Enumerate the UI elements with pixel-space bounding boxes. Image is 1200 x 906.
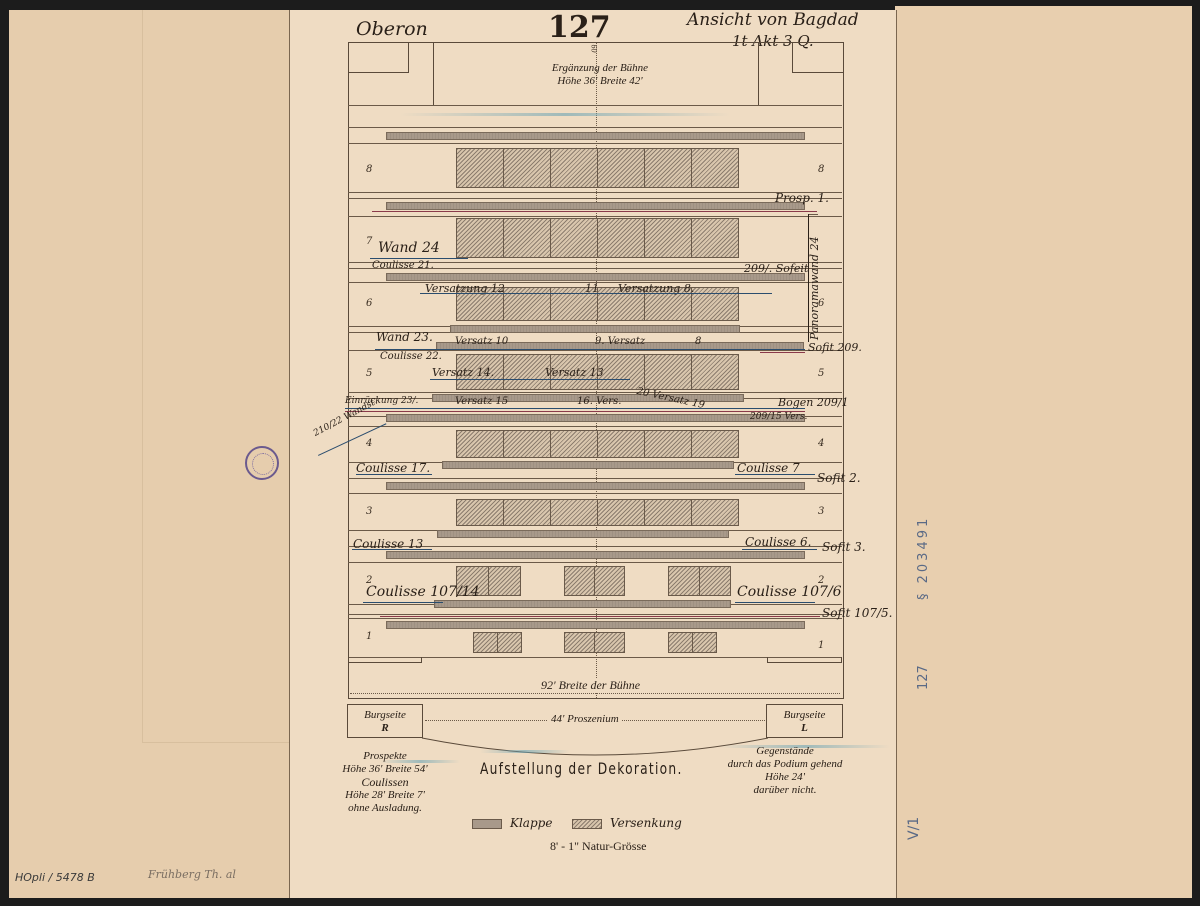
- archive-signature: HOpli / 5478 B: [15, 871, 95, 884]
- grid-line: [348, 392, 842, 393]
- legend-klappe-label: Klappe: [510, 816, 552, 830]
- klappe-bar: [386, 621, 805, 629]
- klappe-bar: [386, 273, 805, 281]
- legend-versenkung-swatch-icon: [572, 819, 602, 829]
- blue-pencil-streak: [480, 750, 570, 753]
- left-panel-ghost-border: [142, 10, 291, 743]
- burgseite-left-label: Burgseite: [348, 709, 422, 722]
- blue-underline: [370, 258, 468, 259]
- blue-underline: [430, 379, 630, 380]
- blue-underline: [420, 293, 772, 294]
- grid-line: [348, 478, 842, 479]
- notes-right-line: Höhe 24': [725, 771, 845, 784]
- klappe-bar: [442, 461, 734, 469]
- extension-label-line2: Höhe 36' Breite 42': [545, 75, 655, 88]
- versenkung-row-7: [456, 218, 739, 258]
- annotation-prospekt: Prosp. 1.: [775, 191, 829, 205]
- blue-underline: [363, 602, 443, 603]
- klappe-bar: [386, 202, 805, 210]
- blue-underline: [352, 549, 432, 550]
- versenkung-row-3: [456, 499, 739, 526]
- grid-line: [348, 216, 842, 217]
- row-number-right: 8: [818, 164, 824, 175]
- blue-underline: [742, 549, 817, 550]
- grid-line: [348, 618, 842, 619]
- klappe-bar: [450, 325, 740, 333]
- annotation-versatz-15: Versatz 15: [455, 396, 508, 407]
- klappe-bar: [386, 414, 805, 422]
- stage-width-label: 92' Breite der Bühne: [538, 679, 643, 692]
- red-underline: [380, 616, 820, 617]
- row-number-left: 8: [366, 164, 372, 175]
- annotation-coulisse-17: Coulisse 17.: [356, 461, 430, 475]
- annotation-panorama: Panoramawand 24: [808, 236, 821, 340]
- annotation-sofit-209b: Sofit 209.: [808, 341, 862, 354]
- klappe-bar: [434, 600, 731, 608]
- klappe-bar: [386, 132, 805, 140]
- versenkung-row-1a: [473, 632, 522, 653]
- versenkung-row-2c: [668, 566, 731, 596]
- blue-underline: [735, 602, 815, 603]
- vertical-shelf-mark: V/1: [906, 817, 922, 840]
- opera-title: Oberon: [356, 18, 428, 40]
- front-corner-left: [348, 657, 422, 663]
- red-underline: [372, 211, 817, 212]
- notes-right-line: Gegenstände: [725, 745, 845, 758]
- notes-left: Prospekte Höhe 36' Breite 54' Coulissen …: [335, 750, 435, 815]
- pencil-note: Frühberg Th. al: [148, 868, 236, 881]
- annotation-sofit-2: Sofit 2.: [817, 471, 861, 485]
- corner-box-left: [349, 43, 409, 73]
- row-number-left: 6: [366, 298, 372, 309]
- legend-versenkung-label: Versenkung: [610, 816, 682, 830]
- annotation-209-15: 209/15 Vers.: [750, 412, 807, 422]
- annotation-versatz-13: Versatz 13: [545, 366, 604, 379]
- grid-line: [348, 143, 842, 144]
- notes-right: Gegenstände durch das Podium gehend Höhe…: [725, 745, 845, 797]
- red-underline: [345, 411, 805, 412]
- grid-line: [348, 562, 842, 563]
- annotation-coulisse-7: Coulisse 7: [737, 461, 800, 475]
- grid-line: [348, 426, 842, 427]
- annotation-sofit-209: 209/. Sofeit: [744, 262, 808, 275]
- burgseite-left-box: Burgseite R: [347, 704, 423, 738]
- annotation-versatz-10: Versatz 10: [455, 336, 508, 347]
- notes-left-line: Höhe 28' Breite 7': [335, 789, 435, 802]
- vertical-inventory-number: § 203491: [916, 516, 931, 600]
- annotation-coulisse-107-14: Coulisse 107/14: [366, 584, 479, 600]
- vertical-number-127: 127: [916, 665, 931, 690]
- grid-line: [348, 614, 842, 615]
- grid-line: [348, 493, 842, 494]
- annotation-coulisse-107-6: Coulisse 107/6: [737, 584, 842, 600]
- plate-number: 127: [548, 10, 611, 45]
- row-number-left: 4: [366, 438, 372, 449]
- blue-underline: [375, 349, 805, 350]
- library-stamp-icon: [245, 446, 279, 480]
- row-number-right: 4: [818, 438, 824, 449]
- burgseite-right-letter: L: [767, 722, 842, 735]
- annotation-versatz-16: 16. Vers.: [577, 396, 621, 407]
- proscenium-label: 44' Proszenium: [548, 713, 622, 726]
- notes-left-line: Prospekte: [335, 750, 435, 763]
- row-number-right: 3: [818, 506, 824, 517]
- versenkung-row-8: [456, 148, 739, 188]
- annotation-coulisse-21: Coulisse 21.: [372, 260, 434, 271]
- klappe-bar: [386, 482, 805, 490]
- grid-line: [348, 127, 842, 128]
- annotation-coulisse-6: Coulisse 6.: [745, 535, 812, 549]
- right-mount-panel: [895, 6, 1192, 898]
- legend-klappe-swatch-icon: [472, 819, 502, 829]
- row-number-left: 7: [366, 236, 372, 247]
- klappe-bar: [386, 551, 805, 559]
- annotation-versatz-14: Versatz 14.: [432, 366, 494, 379]
- annotation-coulisse-22: Coulisse 22.: [380, 351, 442, 362]
- annotation-9-versatz: 9. Versatz: [595, 336, 645, 347]
- burgseite-right-box: Burgseite L: [766, 704, 843, 738]
- blue-pencil-streak: [400, 113, 730, 116]
- corner-box-right: [792, 43, 843, 73]
- row-number-right: 1: [818, 640, 824, 651]
- annotation-einrueckung: Einrückung 23/.: [345, 396, 418, 406]
- annotation-wand-23: Wand 23.: [376, 330, 433, 344]
- burgseite-right-label: Burgseite: [767, 709, 842, 722]
- versenkung-row-2b: [564, 566, 625, 596]
- notes-left-line: Coulissen: [335, 776, 435, 789]
- plan-caption: Aufstellung der Dekoration.: [480, 759, 683, 778]
- scale-label: 8' - 1" Natur-Grösse: [550, 839, 646, 854]
- grid-line: [348, 192, 842, 193]
- stage-width-dimension-line: [350, 693, 840, 694]
- burgseite-left-letter: R: [348, 722, 422, 735]
- blue-underline: [735, 474, 815, 475]
- grid-line: [348, 105, 842, 106]
- versenkung-row-1b: [564, 632, 625, 653]
- annotation-sofit-3: Sofit 3.: [822, 540, 866, 554]
- row-number-left: 5: [366, 368, 372, 379]
- annotation-wand-24: Wand 24: [378, 240, 440, 256]
- row-number-right: 5: [818, 368, 824, 379]
- scene-title: Ansicht von Bagdad: [687, 10, 859, 30]
- annotation-sofit-107-5: Sofit 107/5.: [822, 606, 892, 620]
- versenkung-row-1c: [668, 632, 717, 653]
- notes-right-line: darüber nicht.: [725, 784, 845, 797]
- front-corner-right: [767, 657, 842, 663]
- extension-label: Ergänzung der Bühne Höhe 36' Breite 42': [545, 62, 655, 88]
- blue-underline: [345, 408, 805, 409]
- versenkung-row-4: [456, 430, 739, 458]
- grid-line: [348, 198, 842, 199]
- notes-right-line: durch das Podium gehend: [725, 758, 845, 771]
- annotation-eight: 8: [695, 336, 701, 347]
- blue-underline: [356, 474, 432, 475]
- notes-left-line: ohne Ausladung.: [335, 802, 435, 815]
- row-number-left: 1: [366, 631, 372, 642]
- row-number-left: 3: [366, 506, 372, 517]
- extension-label-line1: Ergänzung der Bühne: [545, 62, 655, 75]
- bracket-top: [808, 214, 818, 215]
- red-underline: [760, 352, 805, 353]
- klappe-bar: [437, 530, 729, 538]
